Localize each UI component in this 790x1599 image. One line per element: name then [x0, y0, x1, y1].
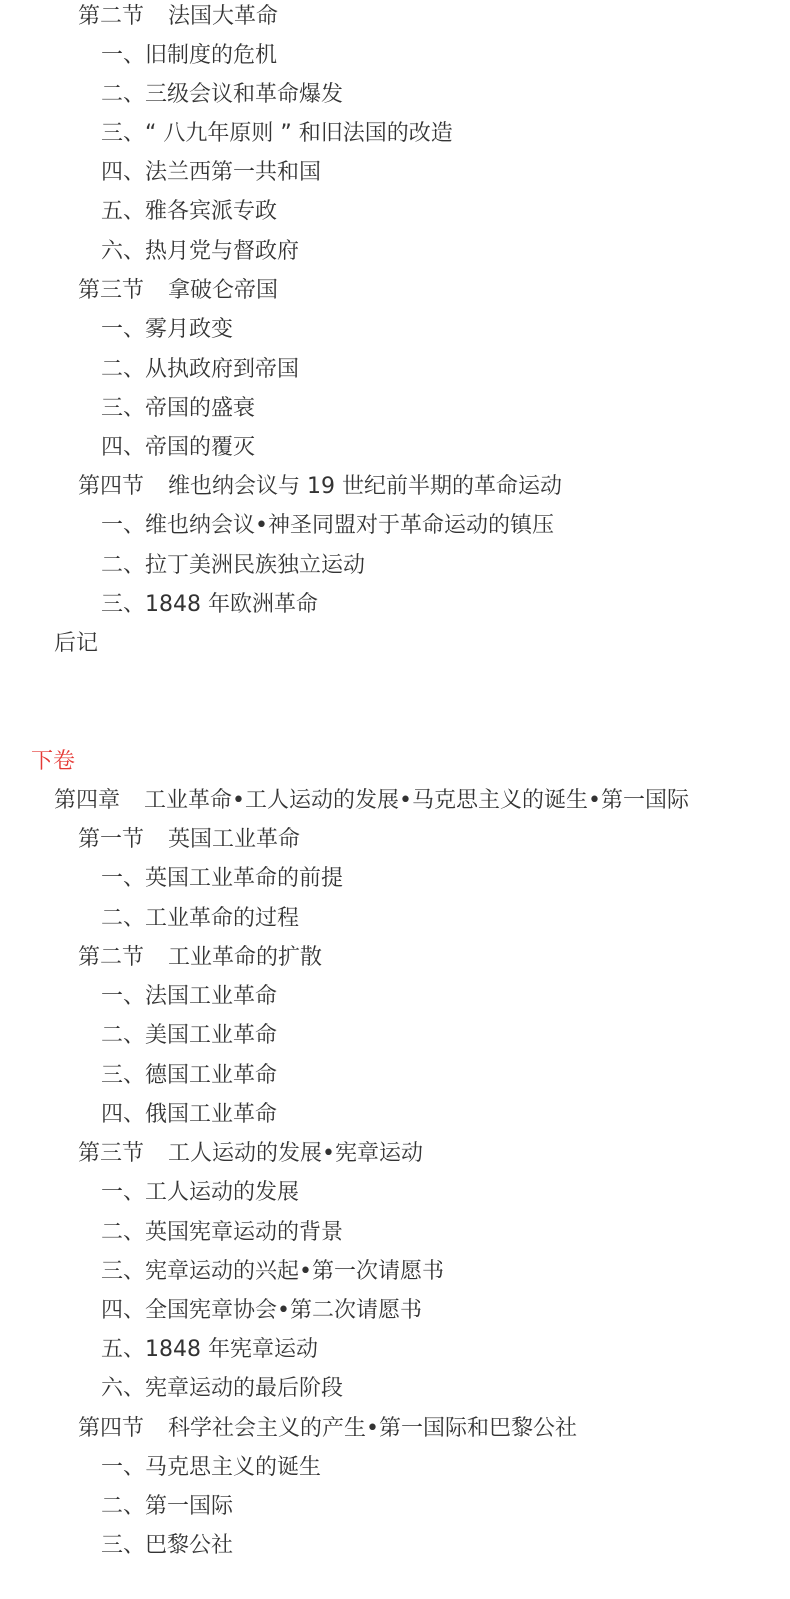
toc-text: 三、宪章运动的兴起•第一次请愿书	[101, 1259, 444, 1284]
toc-number: 第三节	[78, 1141, 144, 1166]
toc-section[interactable]: 第一节英国工业革命	[78, 825, 300, 855]
toc-title: 法国大革命	[168, 4, 278, 29]
toc-title: 工业革命•工人运动的发展•马克思主义的诞生•第一国际	[144, 788, 689, 813]
toc-number: 第二节	[78, 945, 144, 970]
toc-text: 下卷	[31, 749, 75, 774]
toc-subsection[interactable]: 二、拉丁美洲民族独立运动	[101, 551, 365, 581]
toc-subsection[interactable]: 一、维也纳会议•神圣同盟对于革命运动的镇压	[101, 511, 554, 541]
toc-text: 二、工业革命的过程	[101, 906, 299, 931]
toc-text: 二、美国工业革命	[101, 1023, 277, 1048]
toc-subsection[interactable]: 一、工人运动的发展	[101, 1178, 299, 1208]
toc-text: 五、雅各宾派专政	[101, 199, 277, 224]
toc-number: 第一节	[78, 827, 144, 852]
toc-subsection[interactable]: 三、帝国的盛衰	[101, 394, 255, 424]
toc-text: 三、“ 八九年原则 ” 和旧法国的改造	[101, 121, 453, 146]
toc-text: 三、巴黎公社	[101, 1533, 233, 1558]
toc-section[interactable]: 第四节维也纳会议与 19 世纪前半期的革命运动	[78, 472, 562, 502]
toc-subsection[interactable]: 一、英国工业革命的前提	[101, 864, 343, 894]
toc-text: 四、帝国的覆灭	[101, 435, 255, 460]
toc-subsection[interactable]: 二、第一国际	[101, 1492, 233, 1522]
toc-subsection[interactable]: 一、旧制度的危机	[101, 41, 277, 71]
toc-subsection[interactable]: 二、美国工业革命	[101, 1021, 277, 1051]
toc-title: 工业革命的扩散	[168, 945, 322, 970]
toc-subsection[interactable]: 三、1848 年欧洲革命	[101, 590, 318, 620]
toc-text: 二、英国宪章运动的背景	[101, 1220, 343, 1245]
toc-text: 三、德国工业革命	[101, 1063, 277, 1088]
toc-text: 六、热月党与督政府	[101, 239, 299, 264]
toc-section[interactable]: 第二节工业革命的扩散	[78, 943, 322, 973]
toc-number: 第二节	[78, 4, 144, 29]
toc-text: 二、从执政府到帝国	[101, 357, 299, 382]
toc-text: 二、三级会议和革命爆发	[101, 82, 343, 107]
toc-subsection[interactable]: 二、三级会议和革命爆发	[101, 80, 343, 110]
volume-heading: 下卷	[31, 747, 75, 777]
toc-subsection[interactable]: 二、从执政府到帝国	[101, 355, 299, 385]
toc-subsection[interactable]: 一、法国工业革命	[101, 982, 277, 1012]
toc-subsection[interactable]: 二、工业革命的过程	[101, 904, 299, 934]
toc-text: 后记	[54, 631, 98, 656]
toc-title: 拿破仑帝国	[168, 278, 278, 303]
toc-subsection[interactable]: 三、宪章运动的兴起•第一次请愿书	[101, 1257, 444, 1287]
toc-subsection[interactable]: 一、马克思主义的诞生	[101, 1453, 321, 1483]
toc-text: 三、1848 年欧洲革命	[101, 592, 318, 617]
toc-text: 一、法国工业革命	[101, 984, 277, 1009]
toc-text: 一、旧制度的危机	[101, 43, 277, 68]
toc-subsection[interactable]: 六、宪章运动的最后阶段	[101, 1374, 343, 1404]
toc-title: 科学社会主义的产生•第一国际和巴黎公社	[168, 1416, 577, 1441]
toc-text: 二、第一国际	[101, 1494, 233, 1519]
toc-text: 四、俄国工业革命	[101, 1102, 277, 1127]
toc-number: 第四章	[54, 788, 120, 813]
toc-text: 一、马克思主义的诞生	[101, 1455, 321, 1480]
toc-section[interactable]: 第三节工人运动的发展•宪章运动	[78, 1139, 423, 1169]
toc-text: 一、雾月政变	[101, 317, 233, 342]
toc-number: 第四节	[78, 474, 144, 499]
toc-text: 六、宪章运动的最后阶段	[101, 1376, 343, 1401]
toc-section[interactable]: 第三节拿破仑帝国	[78, 276, 278, 306]
toc-chapter[interactable]: 第四章工业革命•工人运动的发展•马克思主义的诞生•第一国际	[54, 786, 689, 816]
toc-chapter[interactable]: 后记	[54, 629, 98, 659]
toc-subsection[interactable]: 六、热月党与督政府	[101, 237, 299, 267]
toc-text: 一、维也纳会议•神圣同盟对于革命运动的镇压	[101, 513, 554, 538]
toc-text: 一、英国工业革命的前提	[101, 866, 343, 891]
toc-text: 四、法兰西第一共和国	[101, 160, 321, 185]
toc-title: 工人运动的发展•宪章运动	[168, 1141, 423, 1166]
toc-subsection[interactable]: 四、法兰西第一共和国	[101, 158, 321, 188]
toc-subsection[interactable]: 四、帝国的覆灭	[101, 433, 255, 463]
toc-text: 三、帝国的盛衰	[101, 396, 255, 421]
toc-title: 英国工业革命	[168, 827, 300, 852]
toc-text: 五、1848 年宪章运动	[101, 1337, 318, 1362]
toc-title: 维也纳会议与 19 世纪前半期的革命运动	[168, 474, 562, 499]
toc-subsection[interactable]: 一、雾月政变	[101, 315, 233, 345]
toc-subsection[interactable]: 五、1848 年宪章运动	[101, 1335, 318, 1365]
toc-number: 第四节	[78, 1416, 144, 1441]
toc-subsection[interactable]: 三、德国工业革命	[101, 1061, 277, 1091]
toc-text: 二、拉丁美洲民族独立运动	[101, 553, 365, 578]
toc-section[interactable]: 第四节科学社会主义的产生•第一国际和巴黎公社	[78, 1414, 577, 1444]
toc-text: 四、全国宪章协会•第二次请愿书	[101, 1298, 422, 1323]
toc-text: 一、工人运动的发展	[101, 1180, 299, 1205]
toc-section[interactable]: 第二节法国大革命	[78, 2, 278, 32]
toc-subsection[interactable]: 五、雅各宾派专政	[101, 197, 277, 227]
toc-subsection[interactable]: 四、全国宪章协会•第二次请愿书	[101, 1296, 422, 1326]
toc-subsection[interactable]: 二、英国宪章运动的背景	[101, 1218, 343, 1248]
toc-subsection[interactable]: 三、“ 八九年原则 ” 和旧法国的改造	[101, 119, 453, 149]
toc-subsection[interactable]: 三、巴黎公社	[101, 1531, 233, 1561]
toc-number: 第三节	[78, 278, 144, 303]
toc-subsection[interactable]: 四、俄国工业革命	[101, 1100, 277, 1130]
